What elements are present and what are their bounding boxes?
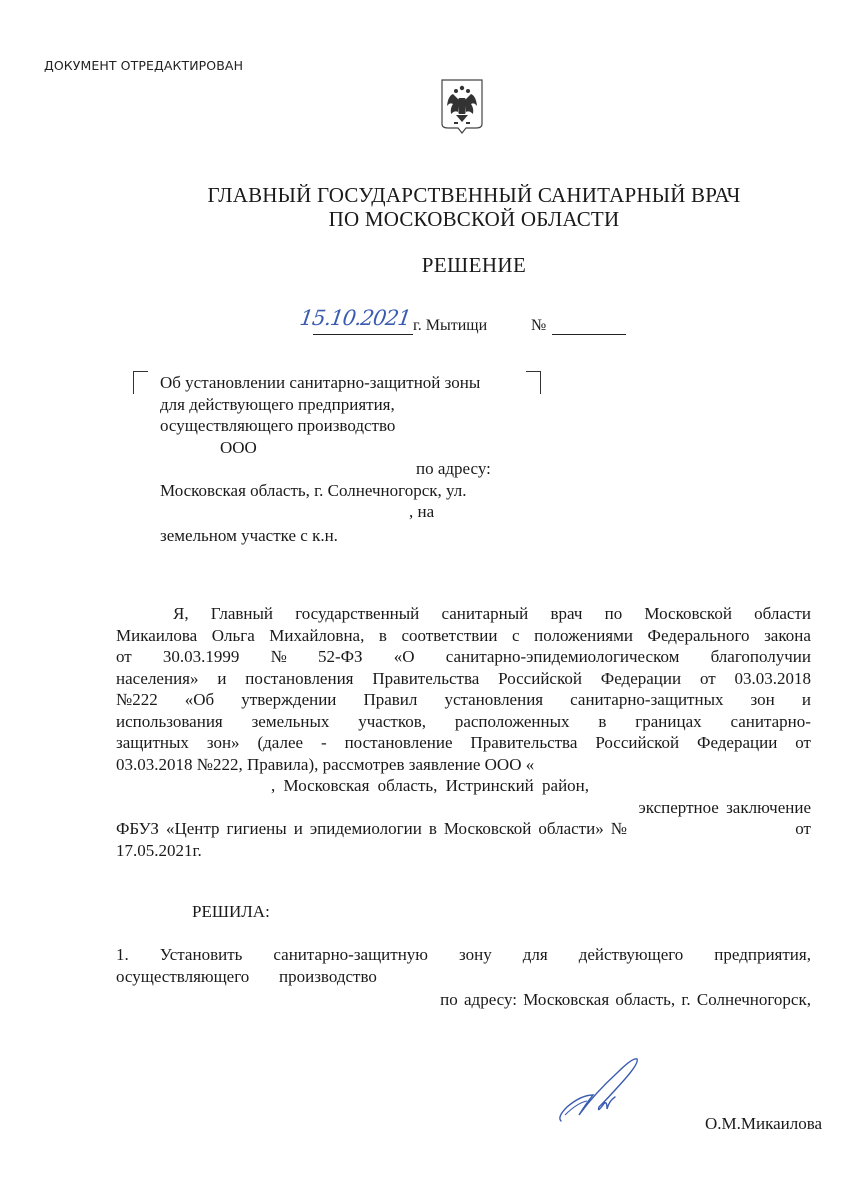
- paragraph-line: использованияземельныхучастков,расположе…: [116, 711, 811, 733]
- subject-line: , на: [160, 501, 491, 523]
- subject-bracket-right: [526, 371, 541, 394]
- handwritten-date: 15.10.2021: [298, 306, 412, 330]
- subject-line: для действующего предприятия,: [160, 394, 491, 416]
- issuer-title-line2: ПО МОСКОВСКОЙ ОБЛАСТИ: [50, 206, 848, 232]
- paragraph-line: 1.Установитьсанитарно-защитнуюзонудлядей…: [116, 944, 811, 966]
- paragraph-line: №222«ОбутвержденииПравилустановлениясани…: [116, 689, 811, 711]
- paragraph-line: 17.05.2021г.: [116, 840, 811, 862]
- issue-city: г. Мытищи: [413, 317, 487, 335]
- paragraph-line: , Московская область, Истринский район,: [116, 775, 811, 797]
- subject-line: осуществляющего производство: [160, 415, 491, 437]
- handwritten-signature-icon: [555, 1055, 645, 1125]
- coat-of-arms-icon: [440, 78, 484, 136]
- paragraph-line: МикаиловаОльгаМихайловна,всоответствиисп…: [116, 625, 811, 647]
- document-number-label: №: [531, 317, 546, 335]
- document-number-blank: [552, 334, 626, 335]
- redacted-watermark: ДОКУМЕНТ ОТРЕДАКТИРОВАН: [44, 58, 243, 73]
- subject-block: Об установлении санитарно-защитной зоны …: [160, 372, 491, 546]
- subject-line: по адресу:: [160, 458, 491, 480]
- resolution-heading: РЕШИЛА:: [192, 902, 270, 922]
- document-type-title: РЕШЕНИЕ: [50, 253, 848, 278]
- subject-line: земельном участке с к.н.: [160, 525, 491, 547]
- paragraph-line: Я,Главныйгосударственныйсанитарныйврачпо…: [116, 603, 811, 625]
- subject-bracket-left: [133, 371, 148, 394]
- subject-line: Московская область, г. Солнечногорск, ул…: [160, 480, 491, 502]
- date-underline: [313, 334, 413, 335]
- paragraph-line: экспертное заключение: [116, 797, 811, 819]
- signatory-name: О.М.Микаилова: [705, 1114, 822, 1134]
- paragraph-line: по адресу: Московская область, г. Солнеч…: [116, 989, 811, 1011]
- subject-line: Об установлении санитарно-защитной зоны: [160, 372, 491, 394]
- subject-line: ООО: [160, 437, 491, 459]
- paragraph-line: ФБУЗ«ЦентргигиеныиэпидемиологиивМосковск…: [116, 818, 811, 840]
- issuer-title-line1: ГЛАВНЫЙ ГОСУДАРСТВЕННЫЙ САНИТАРНЫЙ ВРАЧ: [50, 182, 848, 208]
- paragraph-line: населения»ипостановленияПравительстваРос…: [116, 668, 811, 690]
- paragraph-line: 03.03.2018 №222, Правила), рассмотрев за…: [116, 754, 811, 776]
- paragraph-line: от30.03.1999№52-ФЗ«Осанитарно-эпидемиоло…: [116, 646, 811, 668]
- paragraph-line: защитныхзон»(далее-постановлениеПравител…: [116, 732, 811, 754]
- preamble-paragraph: Я,Главныйгосударственныйсанитарныйврачпо…: [116, 603, 811, 861]
- resolution-item-1: 1.Установитьсанитарно-защитнуюзонудлядей…: [116, 944, 811, 1011]
- paragraph-line: осуществляющего производство: [116, 966, 811, 988]
